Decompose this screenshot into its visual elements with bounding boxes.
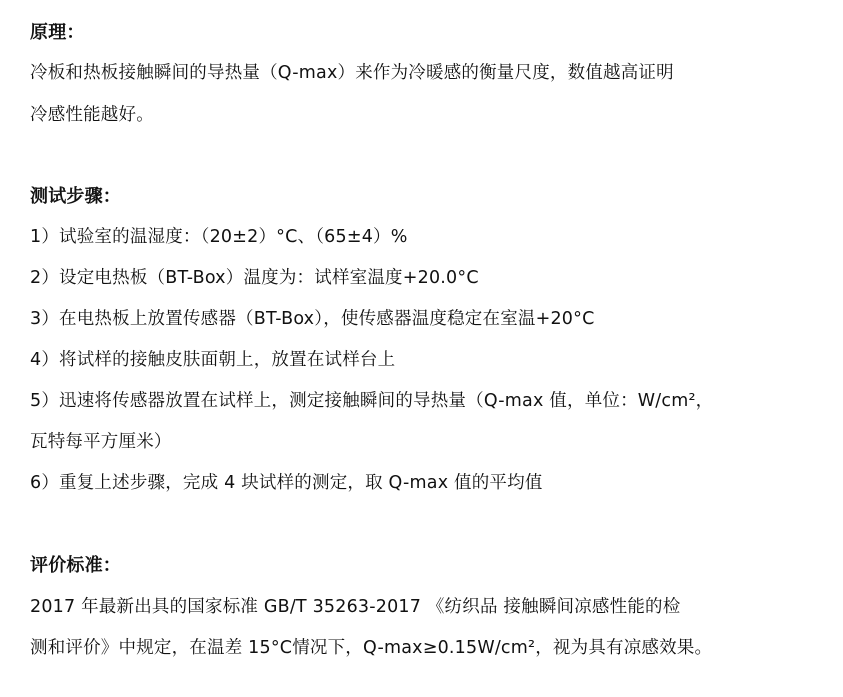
test-step-item: 1）试验室的温湿度：（20±2）°C、（65±4）%: [30, 225, 408, 249]
principle-line: 冷板和热板接触瞬间的导热量（Q-max）来作为冷暖感的衡量尺度，数值越高证明: [30, 61, 674, 85]
test-step-item: 2）设定电热板（BT-Box）温度为：试样室温度+20.0°C: [30, 266, 479, 290]
principle-line: 冷感性能越好。: [30, 103, 154, 127]
evaluation-line: 测和评价》中规定，在温差 15°C情况下，Q-max≥0.15W/cm²，视为具…: [30, 636, 712, 660]
evaluation-line: 2017 年最新出具的国家标准 GB/T 35263-2017 《纺织品 接触瞬…: [30, 595, 680, 619]
test-step-item-continued: 瓦特每平方厘米）: [30, 430, 172, 454]
test-step-item: 4）将试样的接触皮肤面朝上，放置在试样台上: [30, 348, 395, 372]
test-step-item: 6）重复上述步骤，完成 4 块试样的测定，取 Q-max 值的平均值: [30, 471, 543, 495]
test-steps-heading: 测试步骤：: [30, 185, 121, 209]
test-step-item: 5）迅速将传感器放置在试样上，测定接触瞬间的导热量（Q-max 值，单位：W/c…: [30, 389, 713, 413]
test-step-item: 3）在电热板上放置传感器（BT-Box），使传感器温度稳定在室温+20°C: [30, 307, 595, 331]
evaluation-heading: 评价标准：: [30, 554, 121, 578]
principle-heading: 原理：: [30, 21, 85, 45]
